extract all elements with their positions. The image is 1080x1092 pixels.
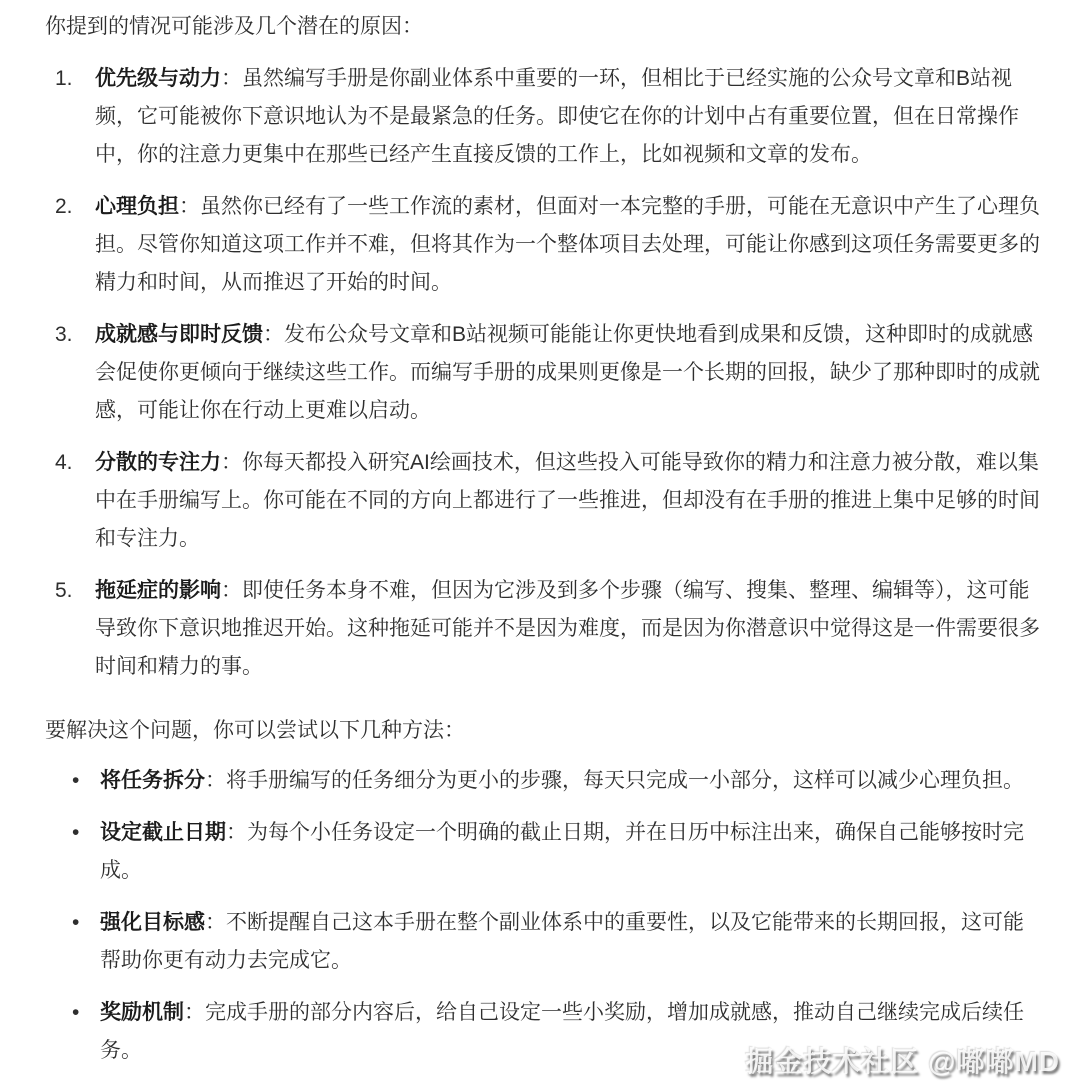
list-item-text: 成就感与即时反馈：发布公众号文章和B站视频可能能让你更快地看到成果和反馈，这种即… <box>95 316 1040 430</box>
solution-intro-paragraph: 要解决这个问题，你可以尝试以下几种方法： <box>45 712 1040 750</box>
item-title: 拖延症的影响 <box>95 579 221 602</box>
list-item-text: 拖延症的影响：即使任务本身不难，但因为它涉及到多个步骤（编写、搜集、整理、编辑等… <box>95 572 1040 686</box>
bullet-icon: • <box>72 904 100 980</box>
list-number: 4. <box>55 444 95 558</box>
list-item: 3. 成就感与即时反馈：发布公众号文章和B站视频可能能让你更快地看到成果和反馈，… <box>45 316 1040 430</box>
list-item: 5. 拖延症的影响：即使任务本身不难，但因为它涉及到多个步骤（编写、搜集、整理、… <box>45 572 1040 686</box>
list-item-text: 心理负担：虽然你已经有了一些工作流的素材，但面对一本完整的手册，可能在无意识中产… <box>95 188 1040 302</box>
list-item-text: 优先级与动力：虽然编写手册是你副业体系中重要的一环，但相比于已经实施的公众号文章… <box>95 60 1040 174</box>
item-title: 设定截止日期 <box>100 821 226 844</box>
item-title: 成就感与即时反馈 <box>95 323 263 346</box>
list-item: • 奖励机制：完成手册的部分内容后，给自己设定一些小奖励，增加成就感，推动自己继… <box>45 994 1040 1070</box>
intro-paragraph: 你提到的情况可能涉及几个潜在的原因： <box>45 8 1040 46</box>
list-item: 2. 心理负担：虽然你已经有了一些工作流的素材，但面对一本完整的手册，可能在无意… <box>45 188 1040 302</box>
chat-response-body: 你提到的情况可能涉及几个潜在的原因： 1. 优先级与动力：虽然编写手册是你副业体… <box>0 0 1080 1070</box>
bullet-icon: • <box>72 814 100 890</box>
item-title: 奖励机制 <box>100 1001 184 1024</box>
list-item-text: 将任务拆分：将手册编写的任务细分为更小的步骤，每天只完成一小部分，这样可以减少心… <box>100 762 1040 800</box>
item-body: ：虽然编写手册是你副业体系中重要的一环，但相比于已经实施的公众号文章和B站视频，… <box>95 67 1019 166</box>
item-body: ：不断提醒自己这本手册在整个副业体系中的重要性，以及它能带来的长期回报，这可能帮… <box>100 911 1024 972</box>
list-item: • 将任务拆分：将手册编写的任务细分为更小的步骤，每天只完成一小部分，这样可以减… <box>45 762 1040 800</box>
list-item: 4. 分散的专注力：你每天都投入研究AI绘画技术，但这些投入可能导致你的精力和注… <box>45 444 1040 558</box>
item-title: 强化目标感 <box>100 911 205 934</box>
item-title: 优先级与动力 <box>95 67 221 90</box>
list-item: • 设定截止日期：为每个小任务设定一个明确的截止日期，并在日历中标注出来，确保自… <box>45 814 1040 890</box>
item-body: ：为每个小任务设定一个明确的截止日期，并在日历中标注出来，确保自己能够按时完成。 <box>100 821 1024 882</box>
bullet-icon: • <box>72 762 100 800</box>
list-item-text: 分散的专注力：你每天都投入研究AI绘画技术，但这些投入可能导致你的精力和注意力被… <box>95 444 1040 558</box>
item-title: 分散的专注力 <box>95 451 221 474</box>
list-item-text: 奖励机制：完成手册的部分内容后，给自己设定一些小奖励，增加成就感，推动自己继续完… <box>100 994 1040 1070</box>
item-body: ：虽然你已经有了一些工作流的素材，但面对一本完整的手册，可能在无意识中产生了心理… <box>95 195 1040 294</box>
list-number: 1. <box>55 60 95 174</box>
list-number: 5. <box>55 572 95 686</box>
item-body: ：将手册编写的任务细分为更小的步骤，每天只完成一小部分，这样可以减少心理负担。 <box>205 769 1024 792</box>
list-item-text: 设定截止日期：为每个小任务设定一个明确的截止日期，并在日历中标注出来，确保自己能… <box>100 814 1040 890</box>
methods-bullet-list: • 将任务拆分：将手册编写的任务细分为更小的步骤，每天只完成一小部分，这样可以减… <box>45 762 1040 1070</box>
reasons-ordered-list: 1. 优先级与动力：虽然编写手册是你副业体系中重要的一环，但相比于已经实施的公众… <box>45 60 1040 686</box>
list-item-text: 强化目标感：不断提醒自己这本手册在整个副业体系中的重要性，以及它能带来的长期回报… <box>100 904 1040 980</box>
item-title: 将任务拆分 <box>100 769 205 792</box>
item-body: ：你每天都投入研究AI绘画技术，但这些投入可能导致你的精力和注意力被分散，难以集… <box>95 451 1040 550</box>
item-body: ：即使任务本身不难，但因为它涉及到多个步骤（编写、搜集、整理、编辑等），这可能导… <box>95 579 1040 678</box>
item-title: 心理负担 <box>95 195 179 218</box>
list-item: • 强化目标感：不断提醒自己这本手册在整个副业体系中的重要性，以及它能带来的长期… <box>45 904 1040 980</box>
list-item: 1. 优先级与动力：虽然编写手册是你副业体系中重要的一环，但相比于已经实施的公众… <box>45 60 1040 174</box>
list-number: 3. <box>55 316 95 430</box>
list-number: 2. <box>55 188 95 302</box>
item-body: ：完成手册的部分内容后，给自己设定一些小奖励，增加成就感，推动自己继续完成后续任… <box>100 1001 1024 1062</box>
bullet-icon: • <box>72 994 100 1070</box>
